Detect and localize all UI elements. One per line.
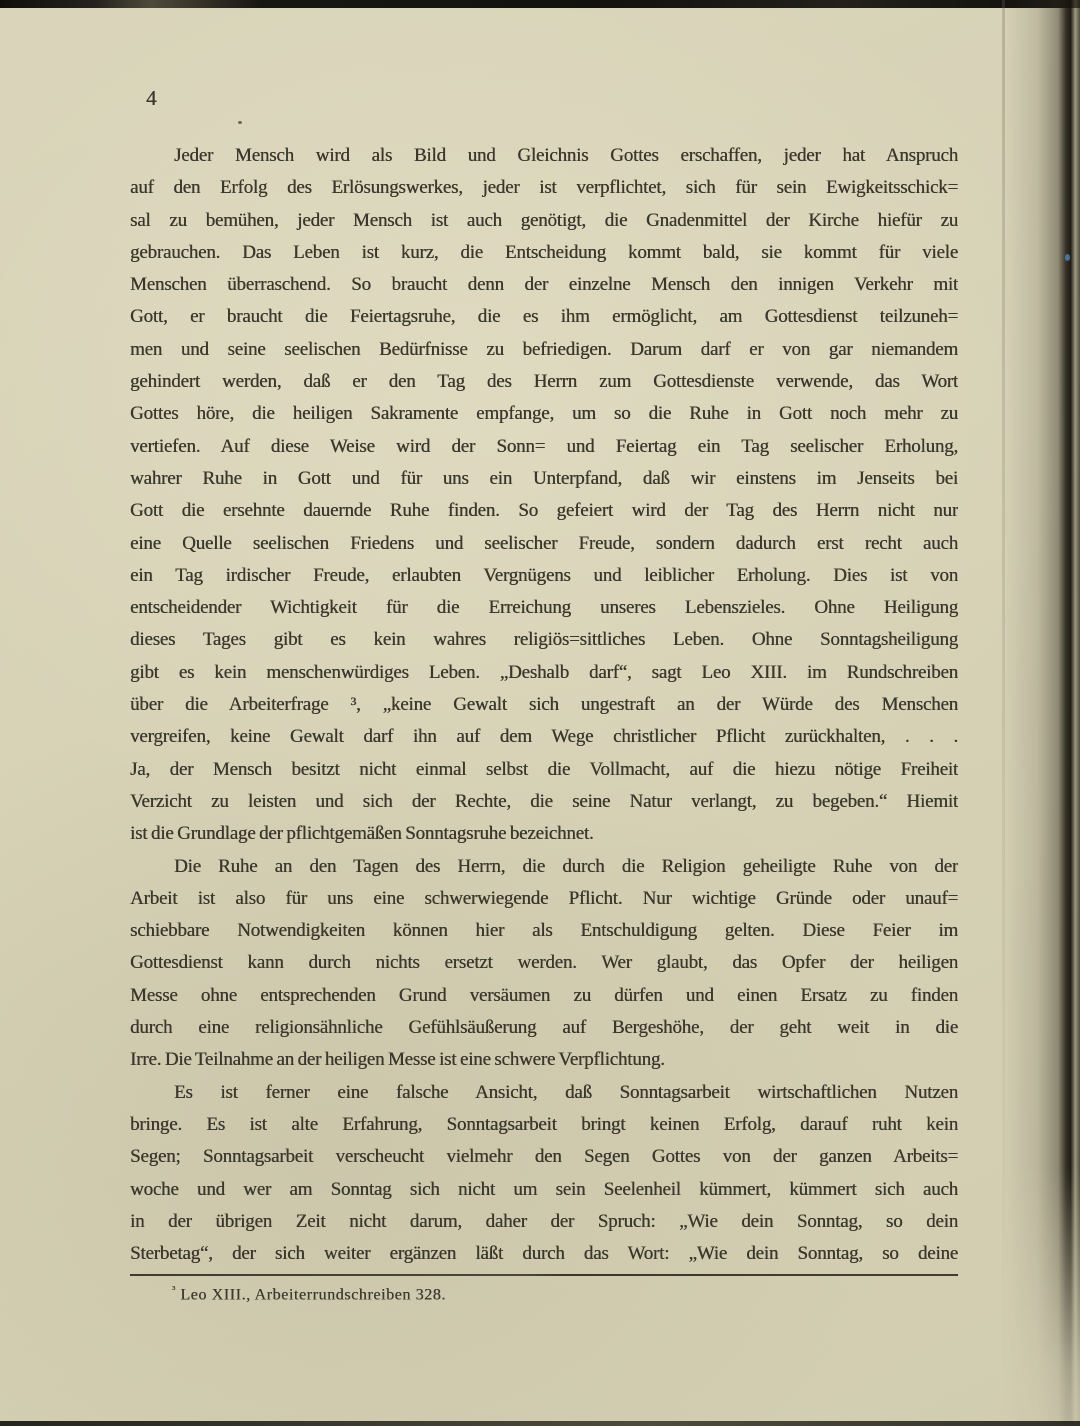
text-line: sal zu bemühen, jeder Mensch ist auch ge… xyxy=(130,205,958,237)
text-line: gehindert werden, daß er den Tag des Her… xyxy=(130,366,958,398)
text-line: Gott, er braucht die Feiertagsruhe, die … xyxy=(130,301,958,333)
text-line: Es ist ferner eine falsche Ansicht, daß … xyxy=(130,1077,958,1109)
text-line: Gottes höre, die heiligen Sakramente emp… xyxy=(130,398,958,430)
text-line: durch eine religionsähnliche Gefühlsäuße… xyxy=(130,1012,958,1044)
scan-top-edge xyxy=(0,0,1080,8)
footnote: ³Leo XIII., Arbeiterrundschreiben 328. xyxy=(172,1284,446,1304)
text-line: Ja, der Mensch besitzt nicht einmal selb… xyxy=(130,754,958,786)
text-line: Messe ohne entsprechenden Grund versäume… xyxy=(130,980,958,1012)
text-line: vertiefen. Auf diese Weise wird der Sonn… xyxy=(130,431,958,463)
scanned-book-page: 4 Jeder Mensch wird als Bild und Gleichn… xyxy=(0,0,1080,1426)
text-line: Jeder Mensch wird als Bild und Gleichnis… xyxy=(130,140,958,172)
text-line: schiebbare Notwendigkeiten können hier a… xyxy=(130,915,958,947)
scan-bottom-edge xyxy=(0,1421,1080,1426)
ink-speck xyxy=(238,121,242,124)
text-line: ist die Grundlage der pflichtgemäßen Son… xyxy=(130,818,958,850)
scan-right-shadow xyxy=(1002,0,1080,1426)
text-line: gibt es kein menschenwürdiges Leben. „De… xyxy=(130,657,958,689)
text-line: Arbeit ist also für uns eine schwerwiege… xyxy=(130,883,958,915)
text-line: entscheidender Wichtigkeit für die Errei… xyxy=(130,592,958,624)
text-line: Segen; Sonntagsarbeit verscheucht vielme… xyxy=(130,1141,958,1173)
text-line: eine Quelle seelischen Friedens und seel… xyxy=(130,528,958,560)
text-line: dieses Tages gibt es kein wahres religiö… xyxy=(130,624,958,656)
text-line: ein Tag irdischer Freude, erlaubten Verg… xyxy=(130,560,958,592)
footnote-rule xyxy=(130,1274,958,1276)
footnote-citation: Leo XIII., Arbeiterrundschreiben 328. xyxy=(180,1286,446,1303)
text-line: Die Ruhe an den Tagen des Herrn, die dur… xyxy=(130,851,958,883)
text-line: gebrauchen. Das Leben ist kurz, die Ents… xyxy=(130,237,958,269)
text-line: Irre. Die Teilnahme an der heiligen Mess… xyxy=(130,1044,958,1076)
text-line: in der übrigen Zeit nicht darum, daher d… xyxy=(130,1206,958,1238)
body-text: Jeder Mensch wird als Bild und Gleichnis… xyxy=(130,140,958,1270)
page-number: 4 xyxy=(146,86,157,111)
text-line: Gottesdienst kann durch nichts ersetzt w… xyxy=(130,947,958,979)
blue-ink-speck xyxy=(1065,254,1070,261)
text-line: men und seine seelischen Bedürfnisse zu … xyxy=(130,334,958,366)
text-line: woche und wer am Sonntag sich nicht um s… xyxy=(130,1174,958,1206)
text-line: über die Arbeiterfrage ³, „keine Gewalt … xyxy=(130,689,958,721)
text-line: Sterbetag“, der sich weiter ergänzen läß… xyxy=(130,1238,958,1270)
text-line: bringe. Es ist alte Erfahrung, Sonntagsa… xyxy=(130,1109,958,1141)
text-line: Menschen überraschend. So braucht denn d… xyxy=(130,269,958,301)
text-line: Gott die ersehnte dauernde Ruhe finden. … xyxy=(130,495,958,527)
text-line: Verzicht zu leisten und sich der Rechte,… xyxy=(130,786,958,818)
text-line: auf den Erfolg des Erlösungswerkes, jede… xyxy=(130,172,958,204)
footnote-marker: ³ xyxy=(172,1284,175,1296)
text-line: vergreifen, keine Gewalt darf ihn auf de… xyxy=(130,721,958,753)
text-line: wahrer Ruhe in Gott und für uns ein Unte… xyxy=(130,463,958,495)
